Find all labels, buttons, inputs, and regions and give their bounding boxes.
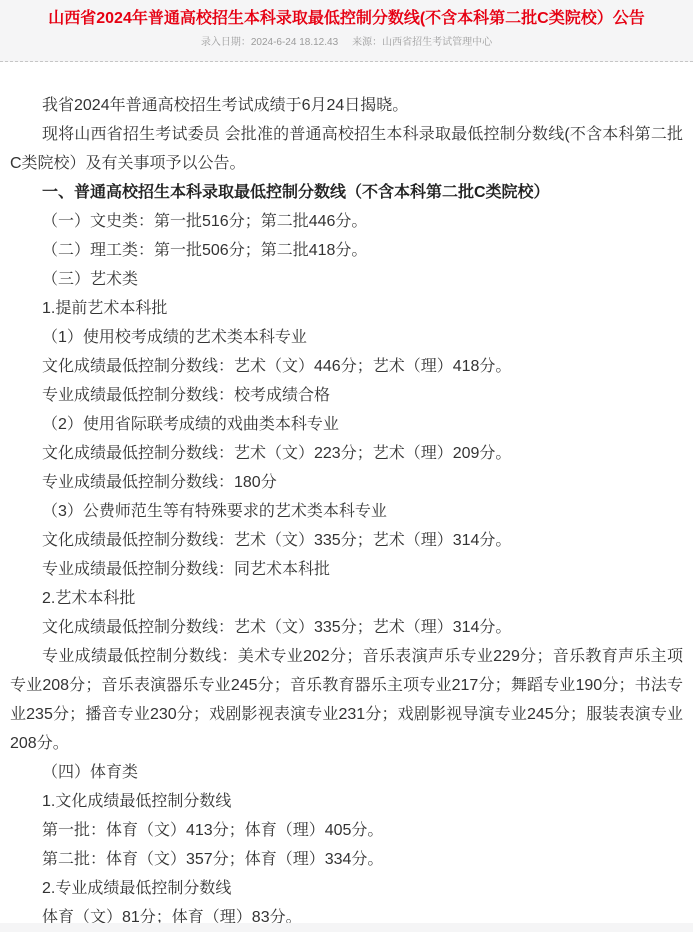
paragraph-culture-line-1: 文化成绩最低控制分数线：艺术（文）446分；艺术（理）418分。: [10, 352, 683, 381]
paragraph-art-early-batch: 1.提前艺术本科批: [10, 294, 683, 323]
paragraph-art-benke-batch: 2.艺术本科批: [10, 584, 683, 613]
paragraph-yishu: （三）艺术类: [10, 265, 683, 294]
paragraph-major-line-4: 专业成绩最低控制分数线：美术专业202分；音乐表演声乐专业229分；音乐教育声乐…: [10, 642, 683, 758]
paragraph-culture-line-4: 文化成绩最低控制分数线：艺术（文）335分；艺术（理）314分。: [10, 613, 683, 642]
paragraph-intro: 我省2024年普通高校招生考试成绩于6月24日揭晓。: [10, 91, 683, 120]
paragraph-ligong: （二）理工类：第一批506分；第二批418分。: [10, 236, 683, 265]
paragraph-art-xiaokao: （1）使用校考成绩的艺术类本科专业: [10, 323, 683, 352]
article-meta: 录入日期：2024-6-24 18.12.43来源：山西省招生考试管理中心: [16, 37, 677, 49]
paragraph-culture-line-2: 文化成绩最低控制分数线：艺术（文）223分；艺术（理）209分。: [10, 439, 683, 468]
paragraph-tiyu-batch1: 第一批：体育（文）413分；体育（理）405分。: [10, 816, 683, 845]
paragraph-art-xiqu: （2）使用省际联考成绩的戏曲类本科专业: [10, 410, 683, 439]
page-title: 山西省2024年普通高校招生本科录取最低控制分数线(不含本科第二批C类院校）公告: [16, 9, 677, 28]
paragraph-tiyu: （四）体育类: [10, 758, 683, 787]
paragraph-major-line-1: 专业成绩最低控制分数线：校考成绩合格: [10, 381, 683, 410]
paragraph-major-line-2: 专业成绩最低控制分数线：180分: [10, 468, 683, 497]
paragraph-tiyu-major: 2.专业成绩最低控制分数线: [10, 874, 683, 903]
section-heading-1: 一、普通高校招生本科录取最低控制分数线（不含本科第二批C类院校）: [10, 178, 683, 207]
paragraph-tiyu-scores: 体育（文）81分；体育（理）83分。: [10, 903, 683, 923]
source-label: 来源：山西省招生考试管理中心: [352, 37, 492, 49]
paragraph-culture-line-3: 文化成绩最低控制分数线：艺术（文）335分；艺术（理）314分。: [10, 526, 683, 555]
entry-date: 录入日期：2024-6-24 18.12.43: [201, 37, 338, 49]
paragraph-announce: 现将山西省招生考试委员 会批准的普通高校招生本科录取最低控制分数线(不含本科第二…: [10, 120, 683, 178]
announcement-page: 山西省2024年普通高校招生本科录取最低控制分数线(不含本科第二批C类院校）公告…: [0, 0, 693, 932]
paragraph-tiyu-batch2: 第二批：体育（文）357分；体育（理）334分。: [10, 845, 683, 874]
paragraph-tiyu-culture: 1.文化成绩最低控制分数线: [10, 787, 683, 816]
article-body: 我省2024年普通高校招生考试成绩于6月24日揭晓。 现将山西省招生考试委员 会…: [0, 62, 693, 923]
paragraph-art-special: （3）公费师范生等有特殊要求的艺术类本科专业: [10, 497, 683, 526]
article-header: 山西省2024年普通高校招生本科录取最低控制分数线(不含本科第二批C类院校）公告…: [0, 0, 693, 62]
paragraph-wenshi: （一）文史类：第一批516分；第二批446分。: [10, 207, 683, 236]
paragraph-major-line-3: 专业成绩最低控制分数线：同艺术本科批: [10, 555, 683, 584]
